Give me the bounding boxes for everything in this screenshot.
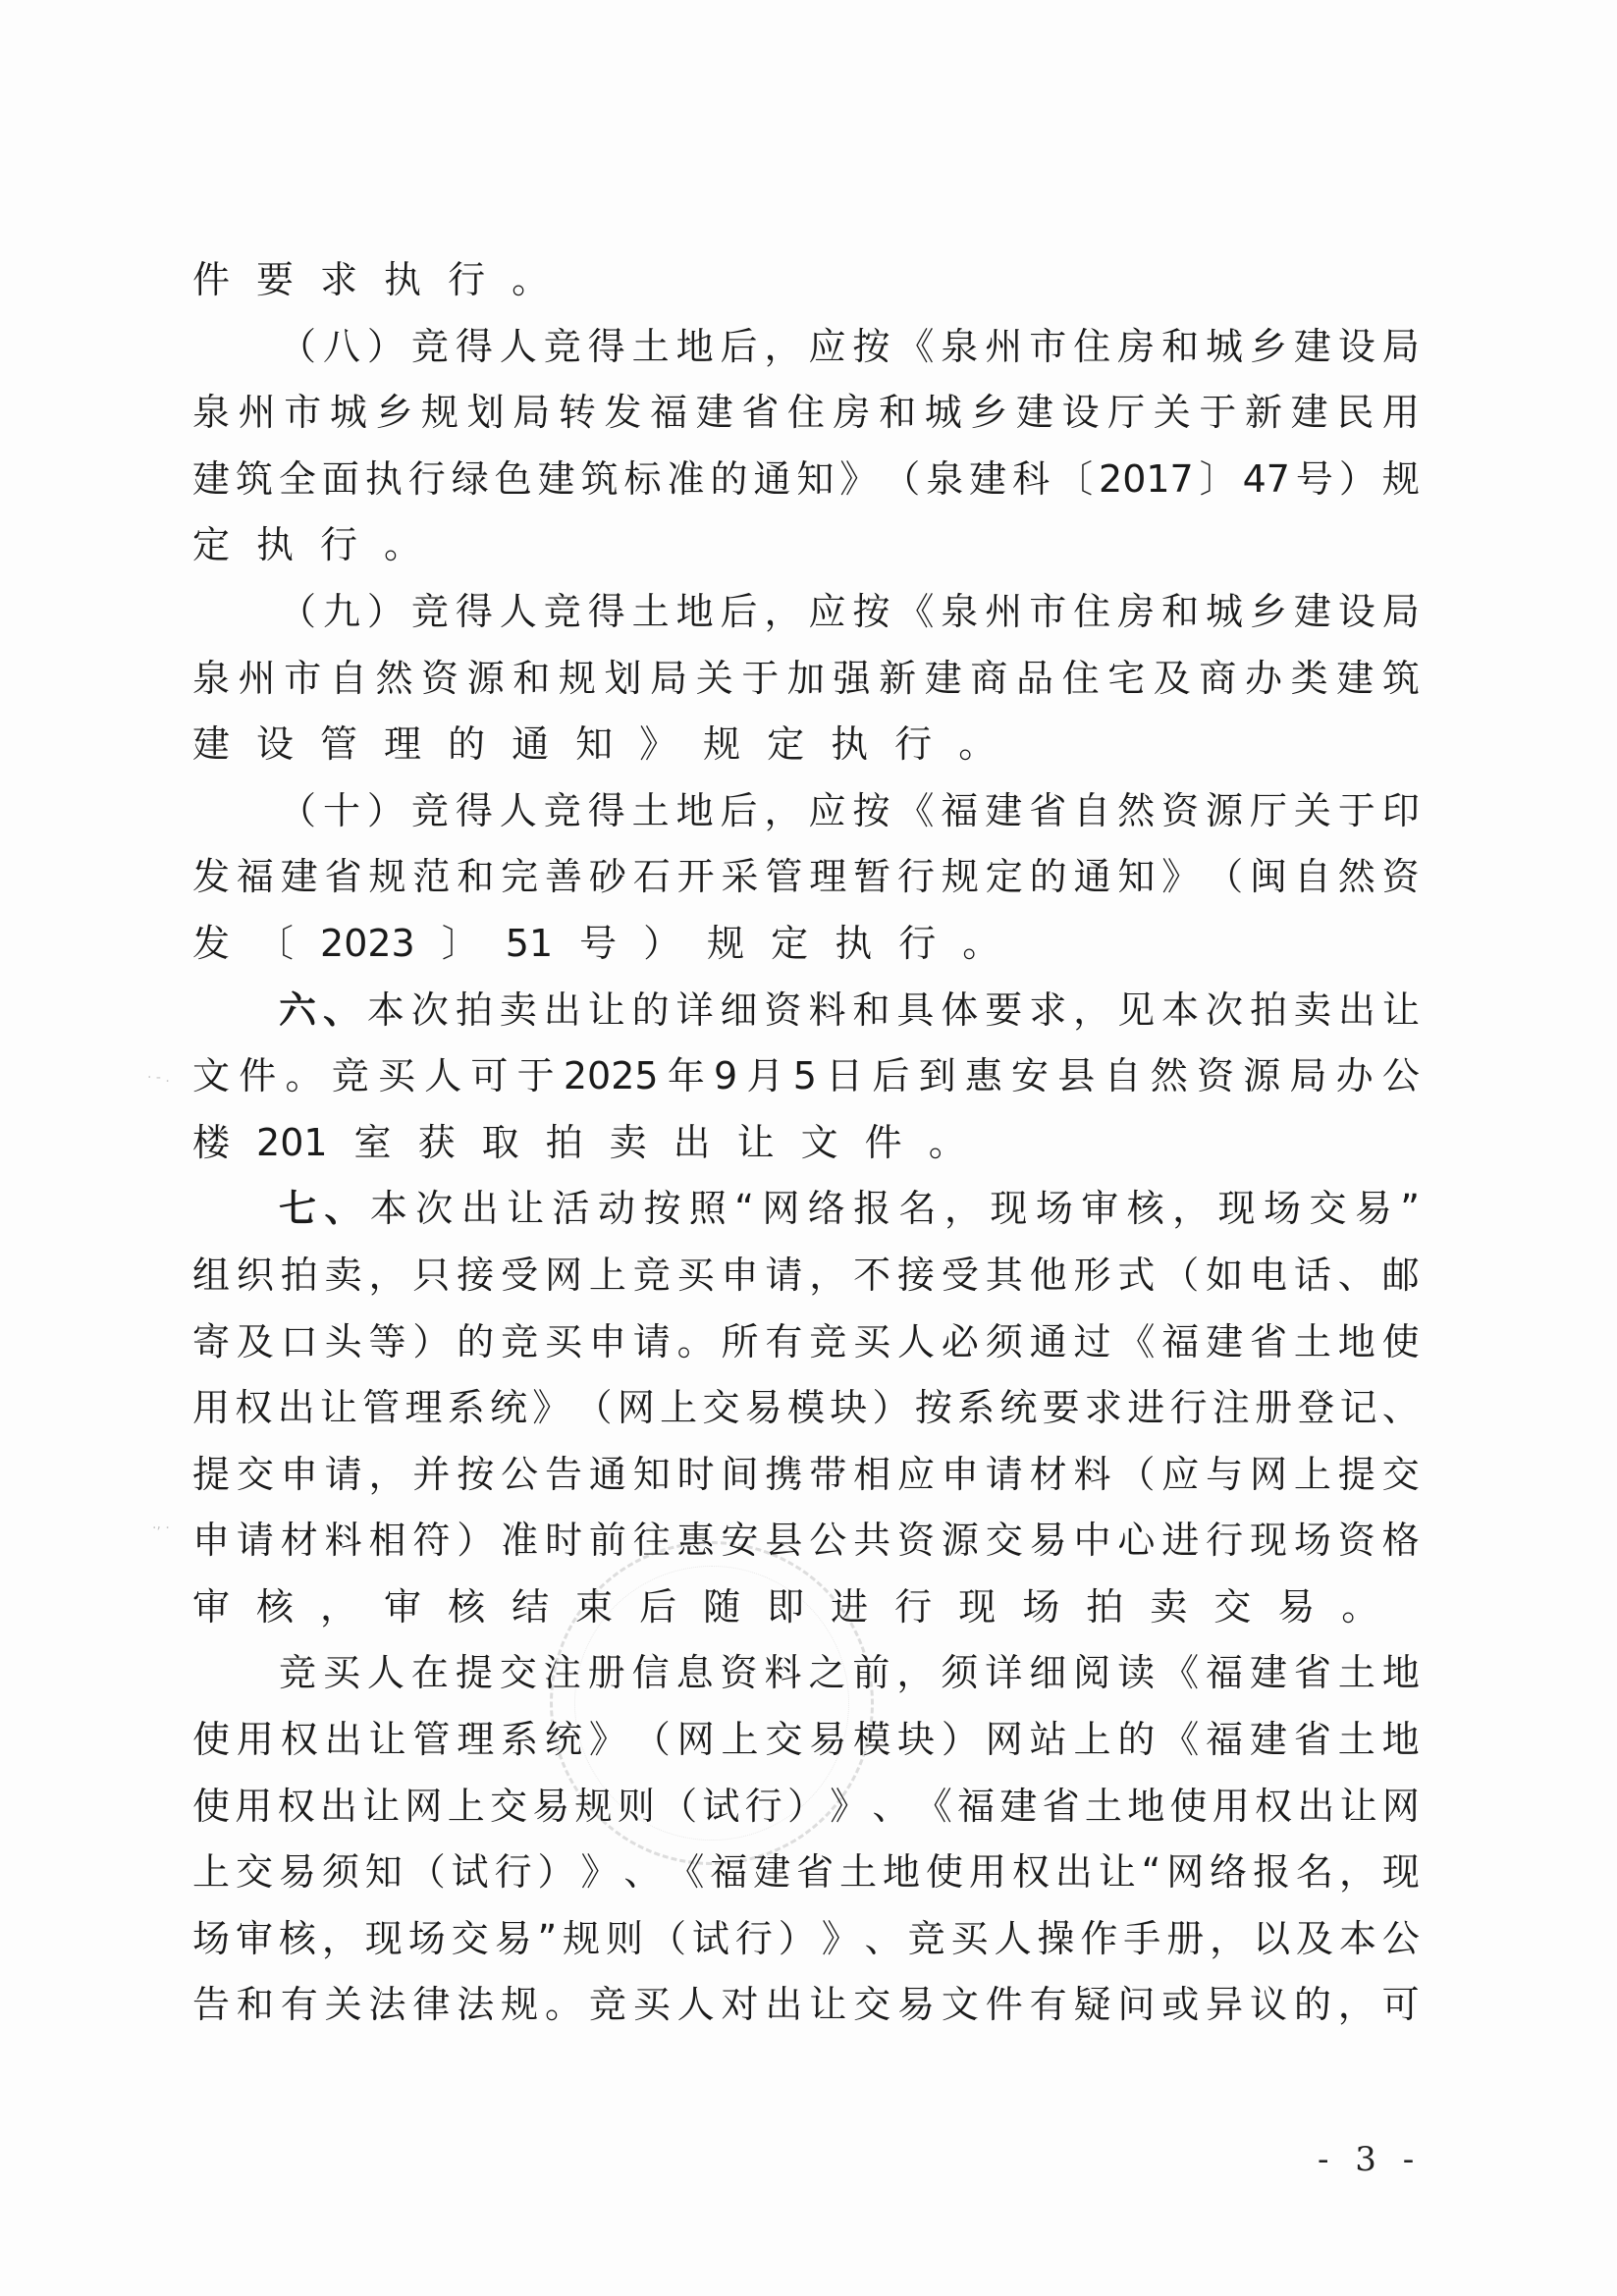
text-line: 件要求执行。 — [192, 247, 1420, 314]
text-line: 审核，审核结束后随即进行现场拍卖交易。 — [192, 1575, 1420, 1641]
text-line: 上交易须知（试行）》、《福建省土地使用权出让“网络报名，现 — [192, 1840, 1420, 1906]
text-line: 使用权出让网上交易规则（试行）》、《福建省土地使用权出让网 — [192, 1774, 1420, 1841]
text-line: 寄及口头等）的竞买申请。所有竞买人必须通过《福建省土地使 — [192, 1309, 1420, 1376]
text-line: 竞买人在提交注册信息资料之前，须详细阅读《福建省土地 — [192, 1640, 1420, 1707]
document-body: 件要求执行。（八）竞得人竞得土地后，应按《泉州市住房和城乡建设局泉州市城乡规划局… — [192, 247, 1420, 2039]
text-line: 六、本次拍卖出让的详细资料和具体要求，见本次拍卖出让 — [192, 978, 1420, 1044]
text-line: 提交申请，并按公告通知时间携带相应申请材料（应与网上提交 — [192, 1442, 1420, 1509]
text-line: 七、本次出让活动按照“网络报名，现场审核，现场交易” — [192, 1176, 1420, 1243]
text-line: （九）竞得人竞得土地后，应按《泉州市住房和城乡建设局 — [192, 579, 1420, 646]
page-number: - 3 - — [1318, 2140, 1422, 2179]
text-line: 用权出让管理系统》（网上交易模块）按系统要求进行注册登记、 — [192, 1375, 1420, 1442]
text-line: 建设管理的通知》规定执行。 — [192, 712, 1420, 778]
text-line: （八）竞得人竞得土地后，应按《泉州市住房和城乡建设局 — [192, 314, 1420, 381]
text-line: 泉州市城乡规划局转发福建省住房和城乡建设厅关于新建民用 — [192, 380, 1420, 447]
text-line: 定执行。 — [192, 512, 1420, 579]
text-line: 发福建省规范和完善砂石开采管理暂行规定的通知》（闽自然资 — [192, 844, 1420, 911]
scan-speck: ., . — [152, 1517, 170, 1532]
text-line: 楼201室获取拍卖出让文件。 — [192, 1110, 1420, 1177]
text-line: 使用权出让管理系统》（网上交易模块）网站上的《福建省土地 — [192, 1707, 1420, 1774]
text-line: 组织拍卖，只接受网上竞买申请，不接受其他形式（如电话、邮 — [192, 1243, 1420, 1309]
text-line: 建筑全面执行绿色建筑标准的通知》（泉建科〔2017〕47号）规 — [192, 447, 1420, 513]
text-line: 泉州市自然资源和规划局关于加强新建商品住宅及商办类建筑 — [192, 646, 1420, 713]
text-line: 场审核，现场交易”规则（试行）》、竞买人操作手册，以及本公 — [192, 1906, 1420, 1973]
text-line: 申请材料相符）准时前往惠安县公共资源交易中心进行现场资格 — [192, 1508, 1420, 1575]
document-page: · - . ., . 件要求执行。（八）竞得人竞得土地后，应按《泉州市住房和城乡… — [0, 0, 1617, 2296]
scan-speck: · - . — [147, 1070, 170, 1086]
text-line: 文件。竞买人可于2025年9月5日后到惠安县自然资源局办公 — [192, 1043, 1420, 1110]
text-line: 发〔2023〕51号）规定执行。 — [192, 911, 1420, 978]
text-line: （十）竞得人竞得土地后，应按《福建省自然资源厅关于印 — [192, 778, 1420, 845]
text-line: 告和有关法律法规。竞买人对出让交易文件有疑问或异议的，可 — [192, 1972, 1420, 2039]
